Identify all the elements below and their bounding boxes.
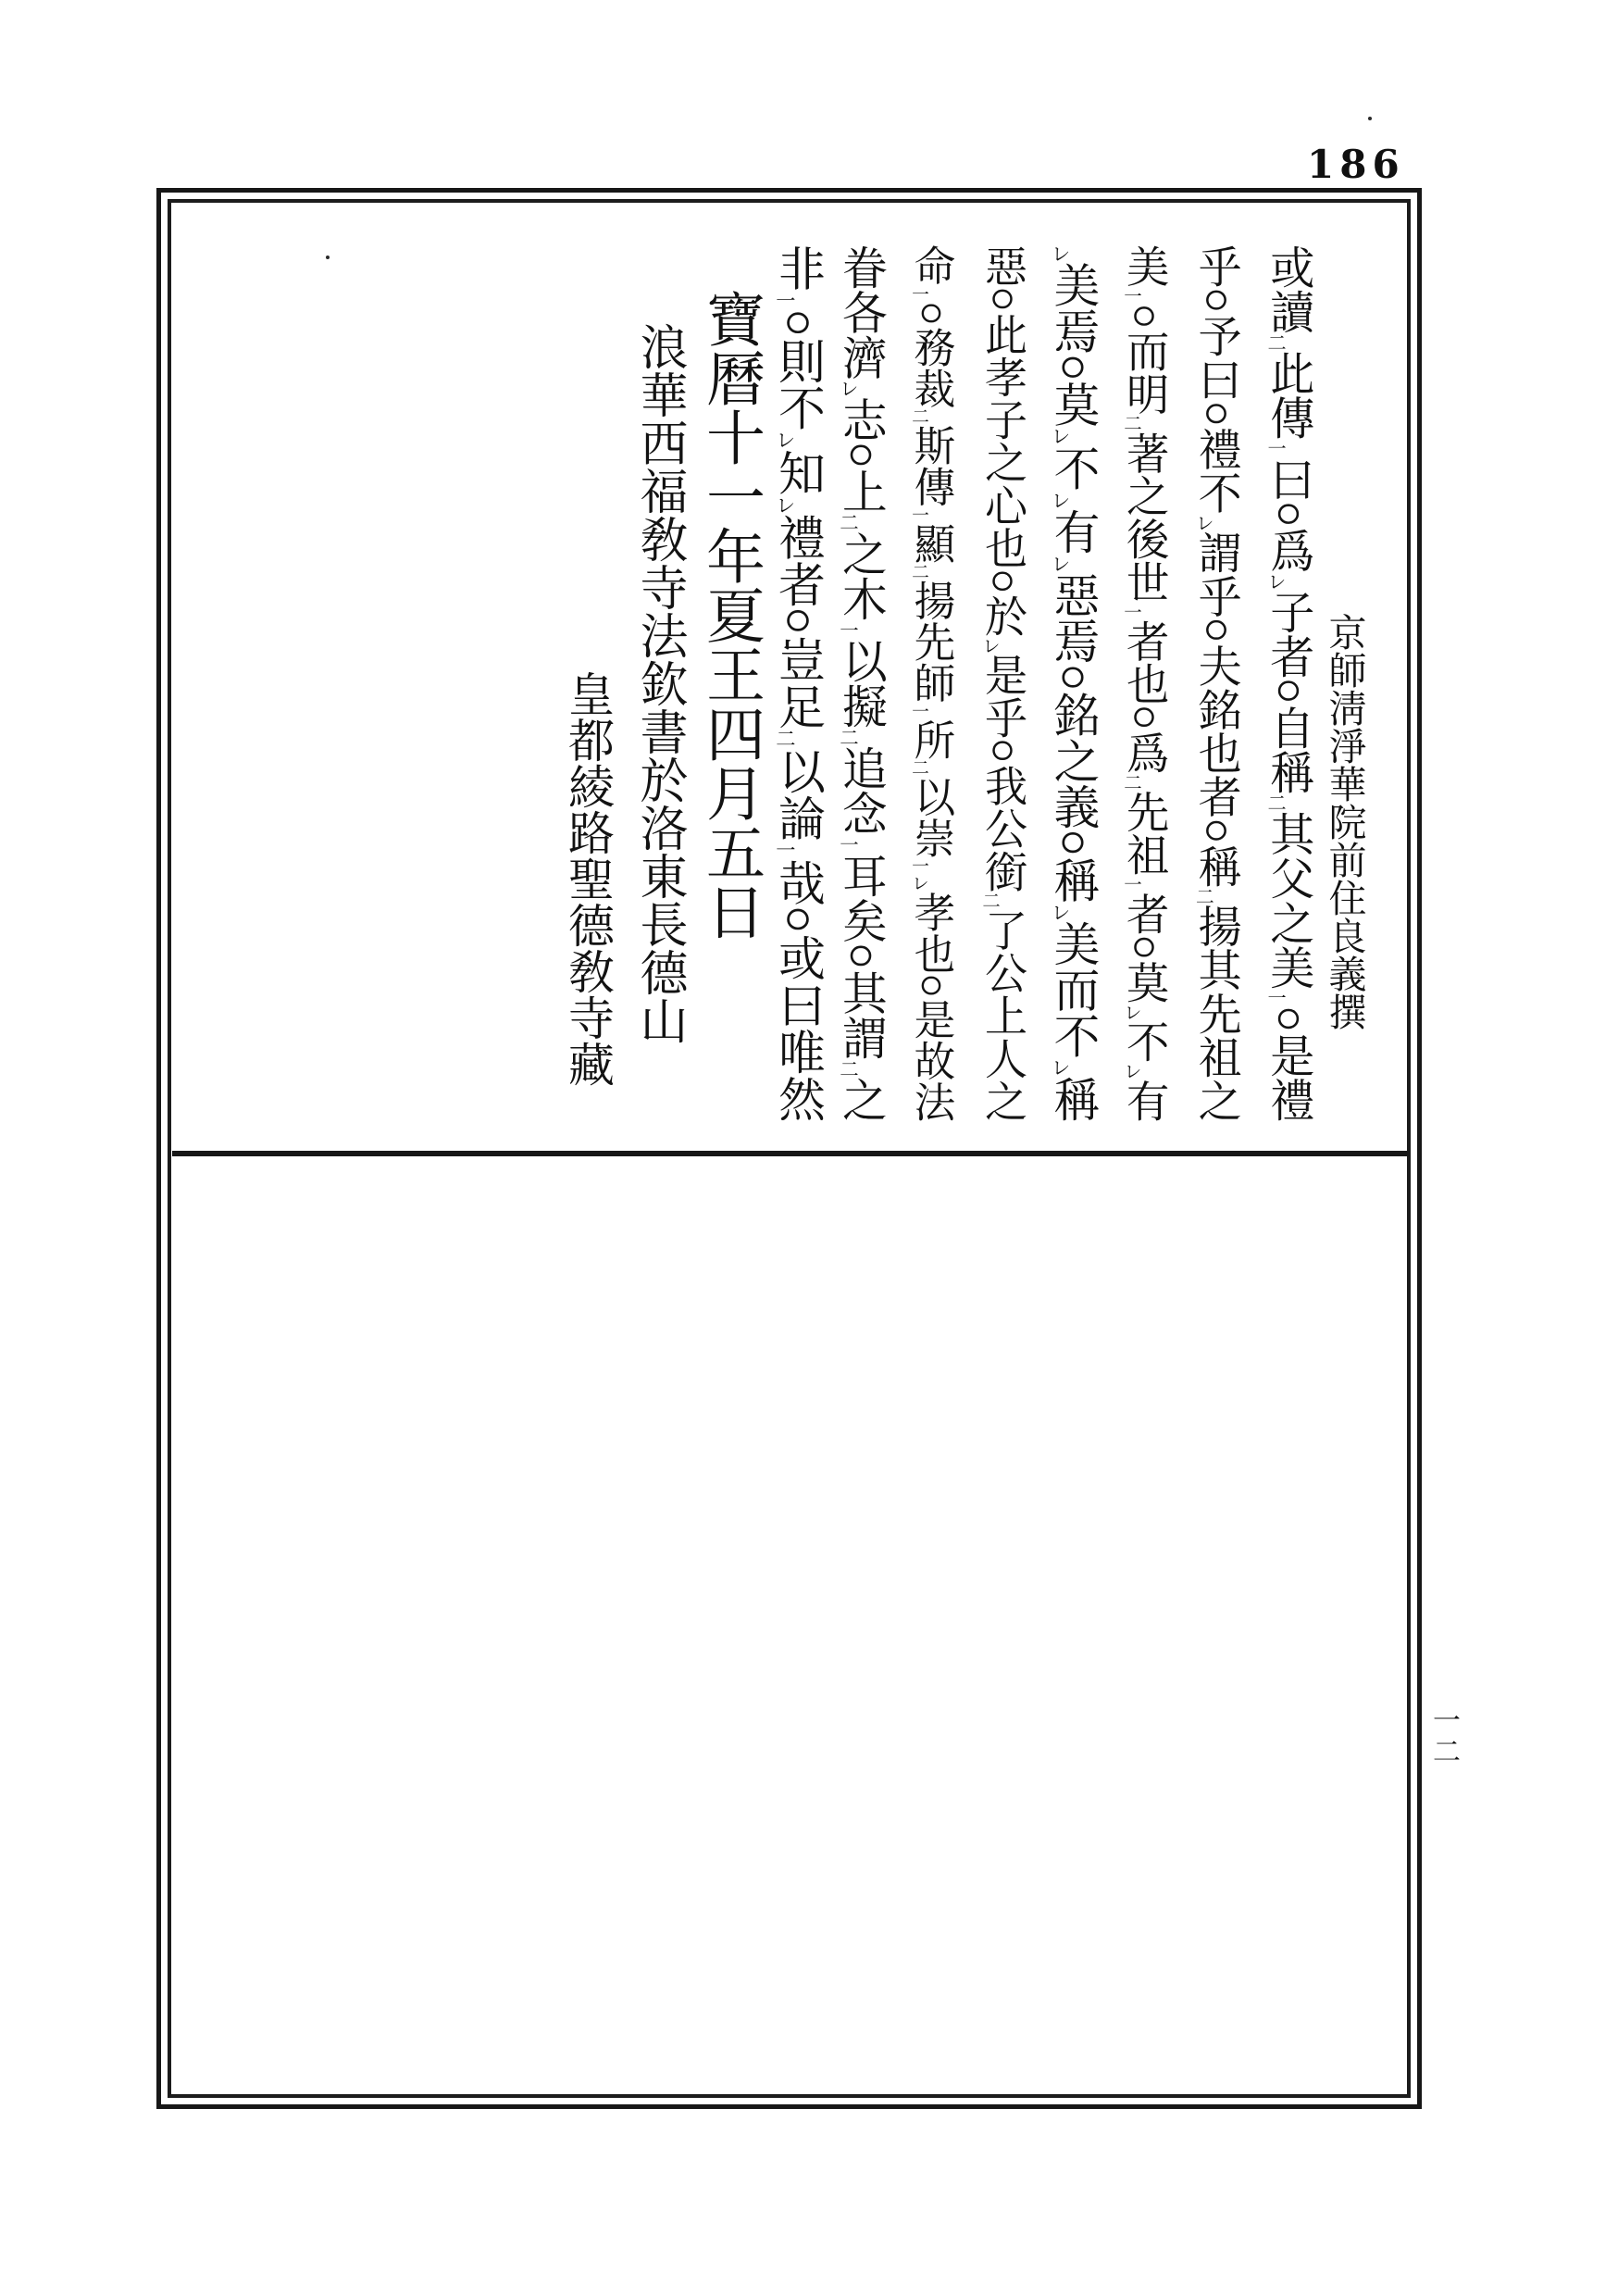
- ideographic-period: [1278, 681, 1299, 702]
- kaeriten-mark: 二: [838, 513, 856, 531]
- ideographic-period: [1135, 938, 1154, 957]
- kaeriten-mark: 一: [838, 620, 856, 639]
- date-column: 寶曆十一年夏王四月五日: [701, 289, 760, 941]
- ideographic-period: [1135, 306, 1154, 326]
- kaeriten-mark: 一: [1122, 603, 1139, 620]
- kaeriten-mark: 二: [838, 1059, 856, 1078]
- ideographic-period: [788, 312, 809, 333]
- ideographic-period: [1063, 356, 1083, 377]
- ideographic-period: [1206, 291, 1226, 310]
- text-block-bottom-rule: [172, 1151, 1409, 1156]
- ideographic-period: [1206, 821, 1226, 841]
- kaeriten-mark: レ: [774, 495, 793, 515]
- scan-speck: [1368, 117, 1372, 120]
- kaeriten-mark: 一: [838, 834, 856, 853]
- kaeriten-mark: 二: [1265, 793, 1284, 812]
- kaeriten-mark: 二: [838, 728, 856, 746]
- ideographic-period: [1063, 832, 1083, 853]
- kaeriten-mark: 一: [910, 505, 927, 523]
- kaeriten-mark: レ: [980, 636, 998, 654]
- ideographic-period: [788, 610, 809, 631]
- ideographic-period: [1063, 667, 1083, 687]
- scribe-column: 浪華西福敎寺法欽書於洛東長德山: [635, 322, 683, 1044]
- kaeriten-mark: 一: [910, 285, 927, 303]
- kaeriten-mark: 二: [1122, 773, 1139, 791]
- kaeriten-mark: 一: [910, 702, 927, 719]
- ideographic-period: [1278, 504, 1299, 524]
- kaeriten-mark: レ: [838, 379, 856, 397]
- kaeriten-mark: 二: [1122, 414, 1139, 431]
- kaeriten-mark: 二: [980, 892, 998, 909]
- text-column-2: 乎予曰禮不レ謂乎夫銘也者稱二揚其先祖之: [1194, 244, 1238, 1122]
- text-column-1: 或讀二此傳一曰爲レ子者自稱二其父之美一是禮: [1266, 244, 1311, 1122]
- ideographic-period: [1206, 404, 1226, 423]
- ideographic-period: [788, 909, 809, 930]
- kaeriten-mark: 二: [1265, 332, 1284, 351]
- kaeriten-mark: レ: [1049, 243, 1068, 263]
- kaeriten-mark: 二: [910, 759, 927, 777]
- kaeriten-mark: レ: [1122, 1062, 1139, 1079]
- kaeriten-mark: レ: [774, 430, 793, 450]
- text-column-6: 命一務裁二斯傳一顯二揚先師一所二以崇一レ孝也是故法: [911, 244, 952, 1122]
- kaeriten-mark: レ: [1049, 902, 1068, 921]
- kaeriten-mark: 二: [1194, 887, 1213, 905]
- kanbun-text-block: 京師淸淨華院前住良義撰或讀二此傳一曰爲レ子者自稱二其父之美一是禮乎予曰禮不レ謂乎…: [0, 0, 1618, 1157]
- text-column-5: 惡此孝子之心也於レ是乎我公銜二了公上人之: [981, 244, 1024, 1122]
- header-column: 京師淸淨華院前住良義撰: [1326, 613, 1363, 1030]
- ideographic-period: [922, 304, 940, 322]
- kaeriten-mark: レ: [1265, 571, 1284, 590]
- text-column-8: 非一則不レ知レ禮者豈足二以論一哉或曰唯然: [775, 244, 822, 1122]
- scan-speck: [326, 256, 330, 259]
- text-column-7: 眷各濟レ志上二之木一以擬二追念一耳矣其謂二之: [839, 244, 884, 1122]
- ideographic-period: [851, 945, 871, 966]
- ideographic-period: [1278, 1009, 1299, 1029]
- ideographic-period: [993, 290, 1013, 309]
- kaeriten-mark: 一: [1122, 286, 1139, 304]
- ideographic-period: [1206, 620, 1226, 640]
- repository-column: 皇都綾路聖德敎寺藏: [565, 670, 611, 1087]
- kaeriten-mark: レ: [1194, 514, 1213, 532]
- text-column-4: レ美焉莫レ不レ有レ惡焉銘之義稱レ美而不レ稱: [1050, 244, 1096, 1122]
- scanned-book-page: 186 京師淸淨華院前住良義撰或讀二此傳一曰爲レ子者自稱二其父之美一是禮乎予曰禮…: [0, 0, 1618, 2296]
- ideographic-period: [1135, 708, 1154, 728]
- kaeriten-mark: 二: [910, 563, 927, 580]
- kaeriten-mark: レ: [1049, 1057, 1068, 1077]
- kaeriten-mark: レ: [1122, 1003, 1139, 1020]
- kaeriten-mark: レ: [1049, 427, 1068, 446]
- kaeriten-mark: 一レ: [910, 857, 927, 892]
- text-column-3: 美一而明二著之後世一者也爲二先祖一者莫レ不レ有: [1123, 244, 1165, 1122]
- kaeriten-mark: 二: [910, 407, 927, 425]
- ideographic-period: [851, 444, 871, 465]
- kaeriten-mark: 二: [774, 729, 793, 748]
- ideographic-period: [993, 571, 1013, 591]
- kaeriten-mark: レ: [1049, 554, 1068, 573]
- kaeriten-mark: 一: [1265, 439, 1284, 457]
- ideographic-period: [922, 976, 940, 994]
- kaeriten-mark: レ: [1049, 490, 1068, 509]
- kaeriten-mark: 一: [774, 291, 793, 310]
- ideographic-period: [993, 742, 1013, 761]
- kaeriten-mark: 一: [774, 841, 793, 860]
- kaeriten-mark: 一: [1265, 989, 1284, 1007]
- folio-number-marker: 一二: [1429, 1705, 1457, 1768]
- kaeriten-mark: 一: [1122, 875, 1139, 892]
